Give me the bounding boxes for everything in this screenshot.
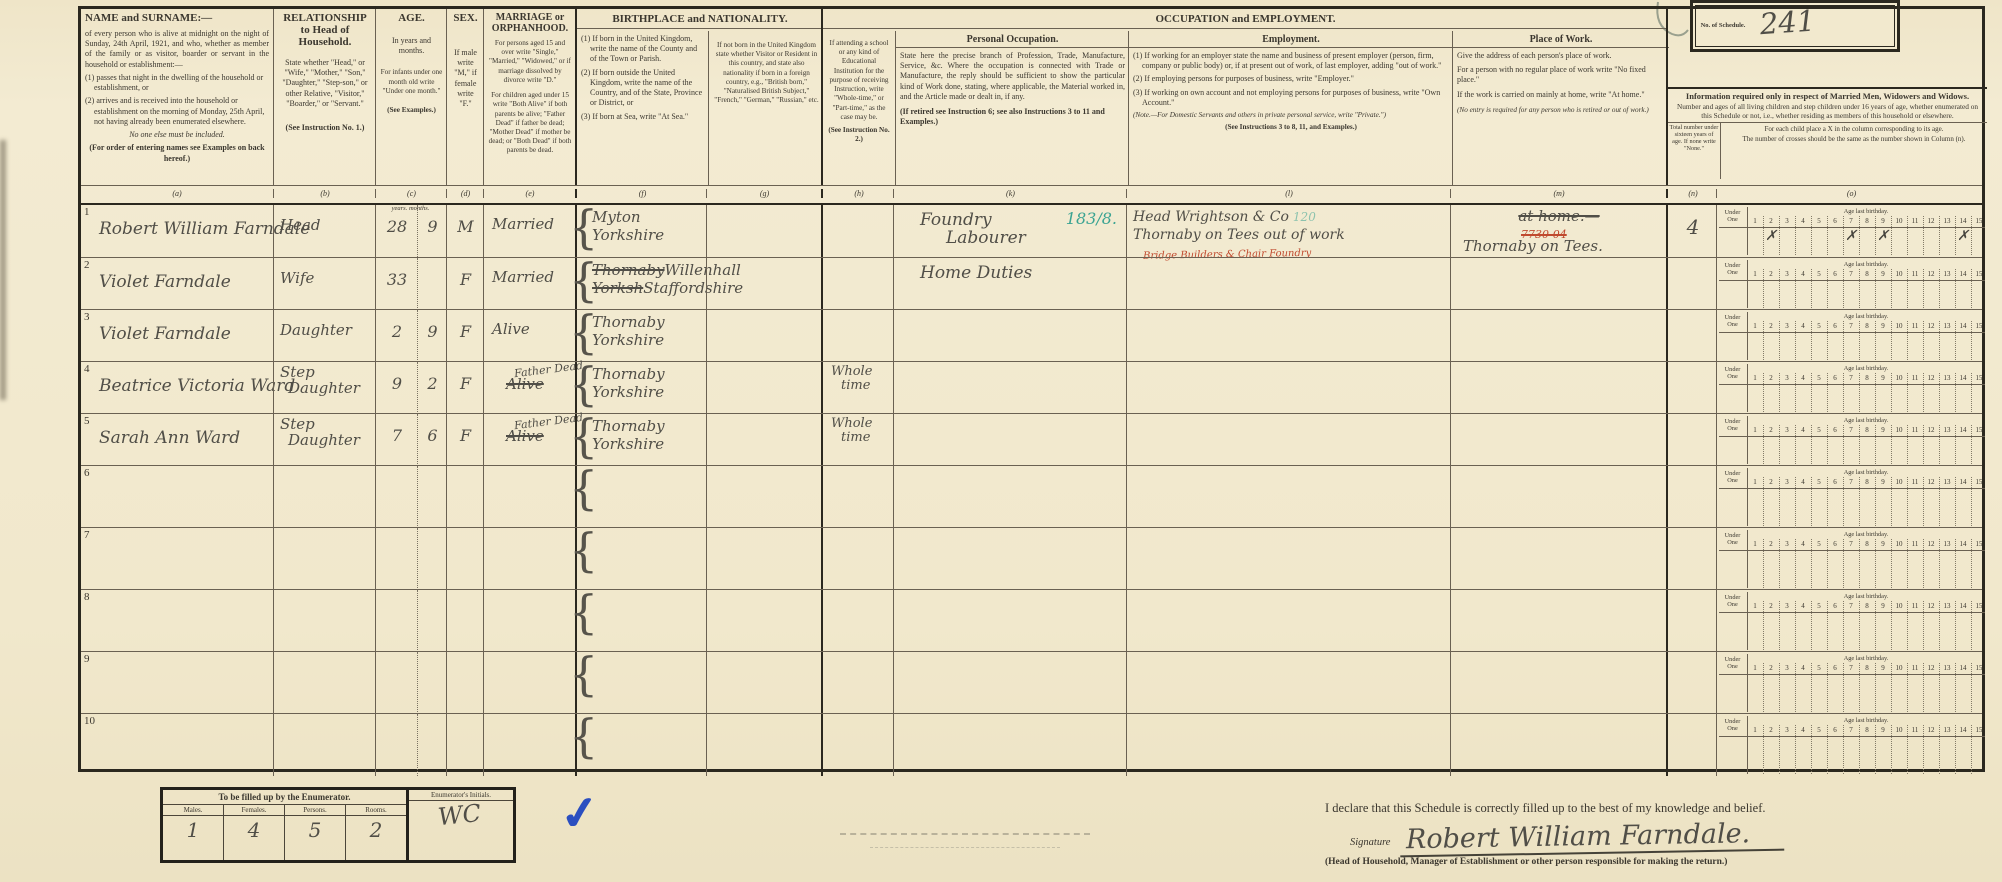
entry-school	[821, 466, 903, 528]
age-grid-divider	[1843, 373, 1844, 412]
age-grid-divider	[1939, 216, 1940, 255]
entry-place-of-work: at home.— 7730-04 Thornaby on Tees.	[1450, 205, 1667, 257]
table-row: 1 Robert William Farndale Head 28 9 M Ma…	[81, 205, 1982, 257]
entry-birthplace: { ThornabyWillenhall YorkshStaffordshire	[575, 258, 708, 310]
age-number: 6	[1827, 726, 1843, 734]
age-under-one-label: Under One	[1719, 532, 1746, 546]
age-grid-divider	[1939, 269, 1940, 308]
age-grid-divider	[1795, 216, 1796, 255]
age-number: 13	[1939, 374, 1955, 382]
col-header-nationality: If not born in the United Kingdom state …	[708, 31, 824, 185]
age-number: 13	[1939, 664, 1955, 672]
age-grid-divider	[1971, 373, 1972, 412]
age-grid-divider	[1795, 539, 1796, 588]
age-number: 9	[1875, 540, 1891, 548]
age-grid-divider	[1827, 725, 1828, 774]
census-table: NAME and SURNAME:— of every person who i…	[78, 6, 1985, 772]
age-number: 7	[1843, 322, 1859, 330]
printed-brace: {	[569, 709, 598, 763]
entry-school	[821, 652, 903, 714]
age-number: 7	[1843, 374, 1859, 382]
age-number: 2	[1763, 540, 1779, 548]
age-grid-divider	[1955, 425, 1956, 464]
age-grid-header: Under OneAge last birthday.1234567891011…	[1719, 207, 1985, 228]
entry-place-of-work	[1450, 258, 1667, 310]
age-grid-divider	[1907, 725, 1908, 774]
age-under-one-label: Under One	[1719, 209, 1746, 223]
age-number: 2	[1763, 322, 1779, 330]
entry-employment	[1126, 258, 1457, 310]
age-grid-divider	[1859, 601, 1860, 650]
age-number: 10	[1891, 374, 1907, 382]
entry-occupation	[893, 362, 1127, 414]
age-number: 10	[1891, 602, 1907, 610]
age-number: 15	[1971, 426, 1987, 434]
age-number: 6	[1827, 540, 1843, 548]
age-number: 11	[1907, 540, 1923, 548]
age-number: 7	[1843, 426, 1859, 434]
col-group-occupation: OCCUPATION and EMPLOYMENT. If attending …	[821, 9, 1668, 185]
letter-g: (g)	[706, 189, 822, 198]
place-of-work-i1: Give the address of each person's place …	[1457, 51, 1665, 61]
table-row: 8 {	[81, 589, 1982, 652]
sex-col-body: If male write "M," if female write "F."	[451, 48, 480, 109]
table-row: 6 {	[81, 465, 1982, 528]
entry-relationship	[273, 652, 382, 714]
age-last-birthday-caption: Age last birthday.	[1747, 531, 1985, 538]
entry-occupation	[893, 652, 1127, 714]
age-grid-divider	[1939, 373, 1940, 412]
age-number: 13	[1939, 478, 1955, 486]
enumerator-col-persons: Persons. 5	[284, 805, 345, 860]
entry-age-grid-cell: Under OneAge last birthday.1234567891011…	[1716, 310, 1986, 362]
age-grid-divider	[1971, 725, 1972, 774]
age-number: 4	[1795, 540, 1811, 548]
age-number: 4	[1795, 726, 1811, 734]
entry-total-children	[1666, 590, 1718, 652]
age-grid-header: Under OneAge last birthday.1234567891011…	[1719, 716, 1985, 737]
letter-l: (l)	[1126, 189, 1451, 198]
age-col-body: In years and months.	[380, 36, 443, 56]
age-number: 5	[1811, 540, 1827, 548]
place-of-work-i2: For a person with no regular place of wo…	[1457, 65, 1665, 85]
entry-age-grid-cell: Under OneAge last birthday.1234567891011…	[1716, 652, 1986, 714]
age-grid-divider	[1779, 373, 1780, 412]
age-under-one-label: Under One	[1719, 262, 1746, 276]
age-grid-divider	[1779, 663, 1780, 712]
age-grid-divider	[1843, 725, 1844, 774]
age-last-birthday-caption: Age last birthday.	[1747, 417, 1985, 424]
age-grid-divider	[1891, 216, 1892, 255]
table-body: 1 Robert William Farndale Head 28 9 M Ma…	[81, 203, 1982, 775]
age-grid-divider	[1923, 373, 1924, 412]
name-col-title: NAME and SURNAME:—	[81, 9, 273, 26]
entry-age-months: 9	[417, 310, 447, 362]
age-grid-divider	[1923, 663, 1924, 712]
col-header-school: If attending a school or any kind of Edu…	[823, 31, 895, 185]
age-number: 4	[1795, 217, 1811, 225]
age-grid-divider	[1859, 373, 1860, 412]
table-row: 9 {	[81, 651, 1982, 714]
name-col-item2: (2) arrives and is received into the hou…	[94, 96, 269, 127]
table-row: 10 {	[81, 713, 1982, 776]
age-grid-divider	[1891, 373, 1892, 412]
sex-col-title: SEX.	[447, 9, 484, 26]
entry-place-of-work	[1450, 414, 1667, 466]
married-info-title: Information required only in respect of …	[1668, 89, 1987, 101]
entry-nationality	[706, 652, 822, 714]
age-number: 3	[1779, 540, 1795, 548]
entry-total-children	[1666, 362, 1718, 414]
entry-birthplace: {	[575, 466, 708, 528]
entry-name: Violet Farndale	[81, 258, 293, 310]
entry-relationship	[273, 590, 382, 652]
age-number: 9	[1875, 478, 1891, 486]
entry-age-grid-cell: Under OneAge last birthday.1234567891011…	[1716, 590, 1986, 652]
cross-instructions: For each child place a X in the column c…	[1721, 123, 1987, 179]
age-number: 12	[1923, 540, 1939, 548]
age-number: 15	[1971, 217, 1987, 225]
letter-k: (k)	[893, 189, 1127, 198]
entry-sex	[446, 714, 484, 776]
age-grid-divider	[1763, 725, 1764, 774]
age-number: 2	[1763, 664, 1779, 672]
age-number: 12	[1923, 374, 1939, 382]
enumerator-title: To be filled up by the Enumerator.	[163, 790, 406, 805]
age-number: 14	[1955, 322, 1971, 330]
age-number: 13	[1939, 602, 1955, 610]
entry-place-of-work	[1450, 362, 1667, 414]
age-grid-divider	[1955, 373, 1956, 412]
entry-age-years	[375, 652, 418, 714]
entry-total-children	[1666, 258, 1718, 310]
col-group-birthplace: BIRTHPLACE and NATIONALITY. (1) If born …	[575, 9, 823, 185]
age-number: 3	[1779, 726, 1795, 734]
age-grid-divider	[1843, 539, 1844, 588]
entry-sex: M	[446, 205, 484, 257]
age-grid-divider	[1827, 216, 1828, 255]
age-number: 7	[1843, 540, 1859, 548]
age-number: 1	[1747, 602, 1763, 610]
entry-school: Whole time	[821, 362, 903, 414]
age-number: 4	[1795, 426, 1811, 434]
age-grid-divider	[1811, 321, 1812, 360]
letter-b: (b)	[273, 189, 376, 198]
age-grid-divider	[1891, 601, 1892, 650]
age-number: 1	[1747, 726, 1763, 734]
entry-name: Violet Farndale	[81, 310, 293, 362]
age-number: 7	[1843, 217, 1859, 225]
letter-o: (o)	[1716, 189, 1986, 198]
age-last-birthday-caption: Age last birthday.	[1747, 261, 1985, 268]
age-grid-divider	[1795, 725, 1796, 774]
entry-school	[821, 714, 903, 776]
entry-total-children	[1666, 652, 1718, 714]
age-number: 5	[1811, 602, 1827, 610]
entry-relationship: Wife	[273, 258, 382, 310]
age-number: 4	[1795, 322, 1811, 330]
col-header-name: NAME and SURNAME:— of every person who i…	[81, 9, 273, 185]
age-number: 12	[1923, 602, 1939, 610]
entry-age-years: 9	[375, 362, 418, 414]
age-grid-divider	[1907, 601, 1908, 650]
entry-age-grid-cell: Under OneAge last birthday.1234567891011…	[1716, 466, 1986, 528]
age-number: 12	[1923, 270, 1939, 278]
age-grid-divider	[1923, 539, 1924, 588]
entry-sex	[446, 528, 484, 590]
age-grid-divider	[1939, 539, 1940, 588]
age-grid-header: Under OneAge last birthday.1234567891011…	[1719, 364, 1985, 385]
entry-age-years	[375, 590, 418, 652]
age-grid-divider	[1955, 601, 1956, 650]
age-number: 10	[1891, 540, 1907, 548]
entry-age-grid-cell: Under OneAge last birthday.1234567891011…	[1716, 714, 1986, 776]
age-grid-divider	[1955, 663, 1956, 712]
entry-place-of-work	[1450, 466, 1667, 528]
enumerator-col-females: Females. 4	[223, 805, 284, 860]
declaration-text: I declare that this Schedule is correctl…	[1325, 801, 1990, 816]
age-number: 8	[1859, 726, 1875, 734]
age-grid-divider	[1779, 477, 1780, 526]
age-last-birthday-caption: Age last birthday.	[1747, 469, 1985, 476]
age-grid-divider	[1779, 269, 1780, 308]
letter-m: (m)	[1450, 189, 1667, 198]
age-cross-mark: ✗	[1875, 228, 1891, 244]
entry-sex: F	[446, 414, 484, 466]
entry-age-years	[375, 528, 418, 590]
age-grid-divider	[1747, 312, 1748, 360]
age-number: 7	[1843, 478, 1859, 486]
age-number: 2	[1763, 270, 1779, 278]
occupation-group-title: OCCUPATION and EMPLOYMENT.	[823, 9, 1668, 29]
age-number: 8	[1859, 217, 1875, 225]
place-of-work-i3: If the work is carried on mainly at home…	[1457, 90, 1665, 100]
age-grid-divider	[1891, 663, 1892, 712]
age-grid-divider	[1875, 321, 1876, 360]
age-grid-divider	[1795, 269, 1796, 308]
entry-employment	[1126, 528, 1457, 590]
age-number: 6	[1827, 217, 1843, 225]
age-grid-divider	[1843, 601, 1844, 650]
age-grid: Under OneAge last birthday.1234567891011…	[1719, 654, 1985, 714]
age-grid-divider	[1747, 416, 1748, 464]
entry-name	[81, 714, 293, 776]
cross-instruction-2: The number of crosses should be the same…	[1731, 135, 1977, 143]
age-number: 6	[1827, 426, 1843, 434]
letter-a: (a)	[81, 189, 273, 198]
age-grid-divider	[1763, 373, 1764, 412]
age-grid-divider	[1763, 601, 1764, 650]
entry-employment	[1126, 362, 1457, 414]
nationality-body: If not born in the United Kingdom state …	[713, 41, 820, 106]
age-grid: Under OneAge last birthday.1234567891011…	[1719, 260, 1985, 310]
age-grid-divider	[1939, 663, 1940, 712]
census-form-scan: No. of Schedule. 241 NAME and SURNAME:— …	[0, 0, 2002, 882]
birthplace-group-title: BIRTHPLACE and NATIONALITY.	[577, 9, 823, 29]
age-number: 11	[1907, 217, 1923, 225]
column-letters-band: (a) (b) (c) (d) (e) (f) (g) (h) (k) (l) …	[81, 185, 1982, 204]
age-number: 2	[1763, 478, 1779, 486]
entry-age-grid-cell: Under OneAge last birthday.1234567891011…	[1716, 258, 1986, 310]
age-number: 13	[1939, 217, 1955, 225]
entry-birthplace: {	[575, 714, 708, 776]
age-grid-divider	[1811, 373, 1812, 412]
age-grid-divider	[1955, 477, 1956, 526]
age-grid: Under OneAge last birthday.1234567891011…	[1719, 530, 1985, 590]
age-number: 8	[1859, 374, 1875, 382]
entry-age-years: 7	[375, 414, 418, 466]
age-grid-divider	[1811, 477, 1812, 526]
entry-employment	[1126, 310, 1457, 362]
employment-i1: (1) If working for an employer state the…	[1142, 51, 1449, 71]
age-number: 2	[1763, 217, 1779, 225]
persons-value: 5	[285, 816, 345, 860]
age-number: 1	[1747, 664, 1763, 672]
age-grid-divider	[1907, 321, 1908, 360]
entry-age-years: 2	[375, 310, 418, 362]
age-cross-mark: ✗	[1843, 228, 1859, 244]
age-number: 13	[1939, 322, 1955, 330]
age-grid-divider	[1971, 601, 1972, 650]
age-grid-divider	[1875, 539, 1876, 588]
age-grid-divider	[1923, 269, 1924, 308]
age-number: 6	[1827, 664, 1843, 672]
age-grid-divider	[1923, 321, 1924, 360]
age-grid-divider	[1827, 269, 1828, 308]
age-number: 5	[1811, 478, 1827, 486]
age-number: 7	[1843, 664, 1859, 672]
age-last-birthday-caption: Age last birthday.	[1747, 593, 1985, 600]
age-number: 9	[1875, 270, 1891, 278]
pencil-dashes	[840, 833, 1090, 835]
age-number: 9	[1875, 602, 1891, 610]
age-number: 10	[1891, 664, 1907, 672]
table-row: 3 Violet Farndale Daughter 2 9 F Alive {…	[81, 309, 1982, 362]
printed-brace: {	[569, 647, 598, 701]
age-cross-mark: ✗	[1763, 228, 1779, 244]
pencil-dashes-2	[870, 847, 1060, 848]
entry-sex	[446, 466, 484, 528]
entry-occupation	[893, 528, 1127, 590]
age-grid: Under OneAge last birthday.1234567891011…	[1719, 468, 1985, 528]
age-number: 15	[1971, 540, 1987, 548]
age-number: 9	[1875, 664, 1891, 672]
age-number: 14	[1955, 374, 1971, 382]
age-grid-divider	[1747, 468, 1748, 526]
employment-i3: (3) If working on own account and not em…	[1142, 88, 1449, 108]
age-grid-divider	[1827, 373, 1828, 412]
age-number: 1	[1747, 270, 1763, 278]
age-number: 5	[1811, 426, 1827, 434]
age-grid-divider	[1955, 269, 1956, 308]
age-number: 12	[1923, 426, 1939, 434]
age-number: 2	[1763, 726, 1779, 734]
entry-relationship: Daughter	[273, 310, 382, 362]
age-grid-divider	[1859, 321, 1860, 360]
age-number: 4	[1795, 374, 1811, 382]
entry-place-of-work	[1450, 652, 1667, 714]
age-grid-divider	[1779, 725, 1780, 774]
age-grid-divider	[1875, 373, 1876, 412]
birthplace-i3: (3) If born at Sea, write "At Sea."	[590, 112, 704, 122]
entry-name: Beatrice Victoria Ward	[81, 362, 293, 414]
age-number: 4	[1795, 478, 1811, 486]
age-number: 15	[1971, 322, 1987, 330]
age-grid-divider	[1843, 663, 1844, 712]
age-number: 14	[1955, 426, 1971, 434]
age-number: 4	[1795, 602, 1811, 610]
age-number: 6	[1827, 478, 1843, 486]
entry-nationality	[706, 466, 822, 528]
entry-relationship: Head	[273, 205, 382, 257]
entry-birthplace: {	[575, 590, 708, 652]
letter-h: (h)	[821, 189, 895, 198]
age-number: 15	[1971, 602, 1987, 610]
entry-place-of-work	[1450, 310, 1667, 362]
age-number: 3	[1779, 478, 1795, 486]
age-grid-divider	[1939, 425, 1940, 464]
persons-label: Persons.	[285, 805, 345, 816]
age-grid-divider	[1859, 539, 1860, 588]
age-grid-divider	[1795, 321, 1796, 360]
age-grid-divider	[1795, 373, 1796, 412]
entry-age-grid-cell: Under OneAge last birthday.1234567891011…	[1716, 528, 1986, 590]
col-header-sex: SEX. If male write "M," if female write …	[446, 9, 484, 185]
age-grid-divider	[1779, 216, 1780, 255]
entry-age-grid-cell: Under OneAge last birthday.1234567891011…	[1716, 414, 1986, 466]
age-number: 8	[1859, 664, 1875, 672]
age-number: 10	[1891, 426, 1907, 434]
age-number: 14	[1955, 270, 1971, 278]
col-header-birthplace: (1) If born in the United Kingdom, write…	[577, 31, 708, 185]
age-grid-divider	[1875, 425, 1876, 464]
age-number: 8	[1859, 602, 1875, 610]
age-number: 7	[1843, 270, 1859, 278]
age-grid-divider	[1827, 321, 1828, 360]
entry-name	[81, 528, 293, 590]
age-grid-divider	[1827, 663, 1828, 712]
males-value: 1	[163, 816, 223, 860]
age-grid-divider	[1875, 663, 1876, 712]
blue-checkmark-annotation: ✓	[557, 784, 601, 842]
age-number: 12	[1923, 664, 1939, 672]
entry-school: Whole time	[821, 414, 903, 466]
marriage-col-body: For persons aged 15 and over write "Sing…	[488, 39, 572, 85]
age-col-note: For infants under one month old write "U…	[380, 68, 443, 96]
enumerator-box: To be filled up by the Enumerator. Males…	[160, 787, 516, 863]
females-value: 4	[224, 816, 284, 860]
age-number: 7	[1843, 726, 1859, 734]
age-number: 15	[1971, 664, 1987, 672]
school-body: If attending a school or any kind of Edu…	[827, 39, 891, 122]
married-info-subtitle: Number and ages of all living children a…	[1668, 101, 1987, 120]
entry-nationality	[706, 205, 822, 257]
age-under-one-label: Under One	[1719, 656, 1746, 670]
age-grid-divider	[1939, 601, 1940, 650]
entry-birthplace: { Thornaby Yorkshire	[575, 362, 708, 414]
age-under-one-label: Under One	[1719, 594, 1746, 608]
table-row: 4 Beatrice Victoria Ward Step Daughter 9…	[81, 361, 1982, 414]
employment-note: (Note.—For Domestic Servants and others …	[1133, 111, 1449, 120]
age-grid-divider	[1795, 477, 1796, 526]
entry-birthplace: { Myton Yorkshire	[575, 205, 708, 257]
age-number: 5	[1811, 374, 1827, 382]
letter-e: (e)	[483, 189, 576, 198]
personal-occupation-body: State here the precise branch of Profess…	[900, 51, 1125, 102]
col-header-personal-occupation: Personal Occupation. State here the prec…	[895, 31, 1129, 185]
entry-employment	[1126, 466, 1457, 528]
age-col-title: AGE.	[376, 9, 447, 26]
